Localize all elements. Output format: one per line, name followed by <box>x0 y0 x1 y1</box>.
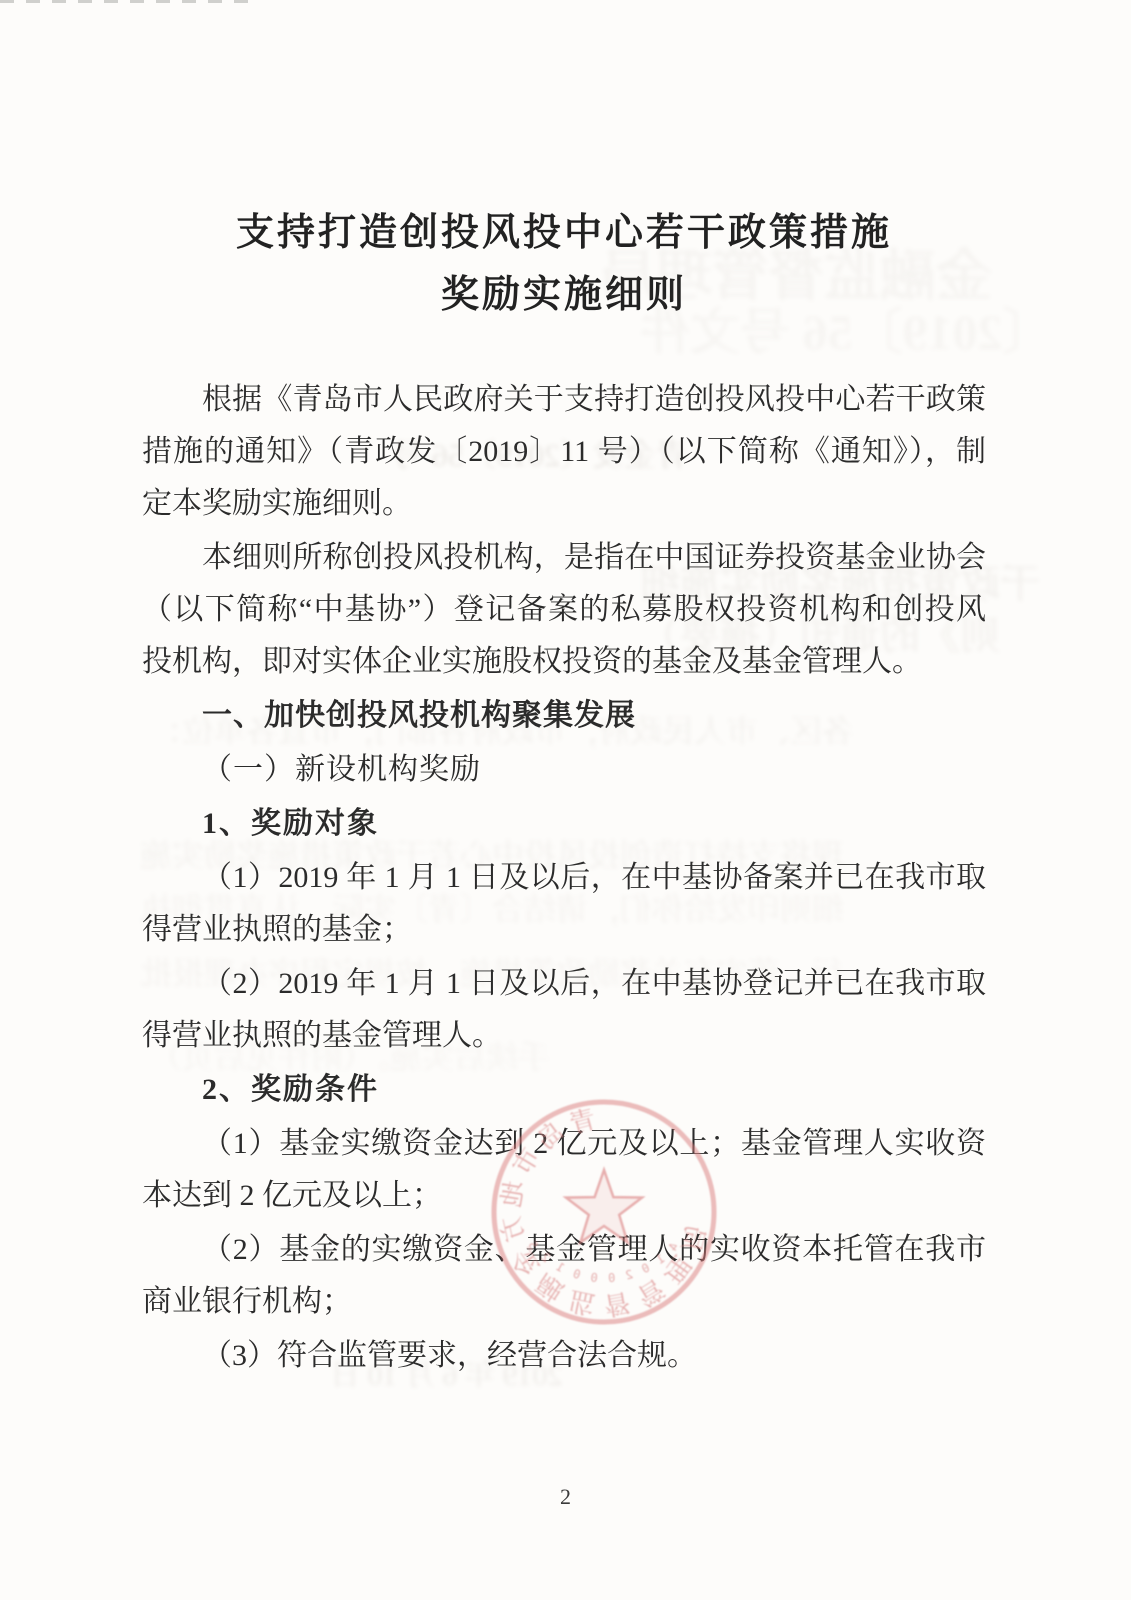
body-line: 得营业执照的基金； <box>142 904 986 956</box>
heading: 1、奖励对象 <box>142 798 986 850</box>
document-page: 支持打造创投风投中心若干政策措施奖励实施细则 根据《青岛市人民政府关于支持打造创… <box>0 0 1131 1600</box>
body-line: 1、奖励对象 <box>142 798 986 850</box>
title-line: 支持打造创投风投中心若干政策措施 <box>142 202 986 264</box>
body-line: （以下简称“中基协”）登记备案的私募股权投资机构和创投风 <box>142 584 986 636</box>
body-line: 措施的通知》（青政发〔2019〕11 号）（以下简称《通知》），制 <box>142 426 986 478</box>
body-line: （2）2019 年 1 月 1 日及以后，在中基协登记并已在我市取 <box>142 958 986 1010</box>
paragraph: （2）2019 年 1 月 1 日及以后，在中基协登记并已在我市取得营业执照的基… <box>142 958 986 1062</box>
body-line: （2）基金的实缴资金、基金管理人的实收资本托管在我市 <box>142 1224 986 1276</box>
paragraph: （1）2019 年 1 月 1 日及以后，在中基协备案并已在我市取得营业执照的基… <box>142 852 986 956</box>
body-line: 本细则所称创投风投机构，是指在中国证券投资基金业协会 <box>142 532 986 584</box>
heading: 一、加快创投风投机构聚集发展 <box>142 690 986 742</box>
page-number: 2 <box>0 1484 1131 1510</box>
paragraph: （1）基金实缴资金达到 2 亿元及以上；基金管理人实收资本达到 2 亿元及以上； <box>142 1118 986 1222</box>
paragraph: （3）符合监管要求，经营合法合规。 <box>142 1330 986 1382</box>
body-line: 一、加快创投风投机构聚集发展 <box>142 690 986 742</box>
body-line: 2、奖励条件 <box>142 1064 986 1116</box>
body-line: （1）基金实缴资金达到 2 亿元及以上；基金管理人实收资 <box>142 1118 986 1170</box>
body-line: 本达到 2 亿元及以上； <box>142 1170 986 1222</box>
body-line: 投机构，即对实体企业实施股权投资的基金及基金管理人。 <box>142 636 986 688</box>
heading: 2、奖励条件 <box>142 1064 986 1116</box>
body-line: （3）符合监管要求，经营合法合规。 <box>142 1330 986 1382</box>
body-line: 得营业执照的基金管理人。 <box>142 1010 986 1062</box>
title-line: 奖励实施细则 <box>142 264 986 326</box>
heading: （一）新设机构奖励 <box>142 744 986 796</box>
body-line: 定本奖励实施细则。 <box>142 478 986 530</box>
body-line: 根据《青岛市人民政府关于支持打造创投风投中心若干政策 <box>142 374 986 426</box>
page-content: 支持打造创投风投中心若干政策措施奖励实施细则 根据《青岛市人民政府关于支持打造创… <box>142 0 986 1382</box>
paragraph: （2）基金的实缴资金、基金管理人的实收资本托管在我市商业银行机构； <box>142 1224 986 1328</box>
body-line: （一）新设机构奖励 <box>142 744 986 796</box>
body-line: （1）2019 年 1 月 1 日及以后，在中基协备案并已在我市取 <box>142 852 986 904</box>
body-line: 商业银行机构； <box>142 1276 986 1328</box>
document-title: 支持打造创投风投中心若干政策措施奖励实施细则 <box>142 202 986 326</box>
paragraph: 本细则所称创投风投机构，是指在中国证券投资基金业协会（以下简称“中基协”）登记备… <box>142 532 986 688</box>
document-body: 根据《青岛市人民政府关于支持打造创投风投中心若干政策措施的通知》（青政发〔201… <box>142 374 986 1382</box>
paragraph: 根据《青岛市人民政府关于支持打造创投风投中心若干政策措施的通知》（青政发〔201… <box>142 374 986 530</box>
